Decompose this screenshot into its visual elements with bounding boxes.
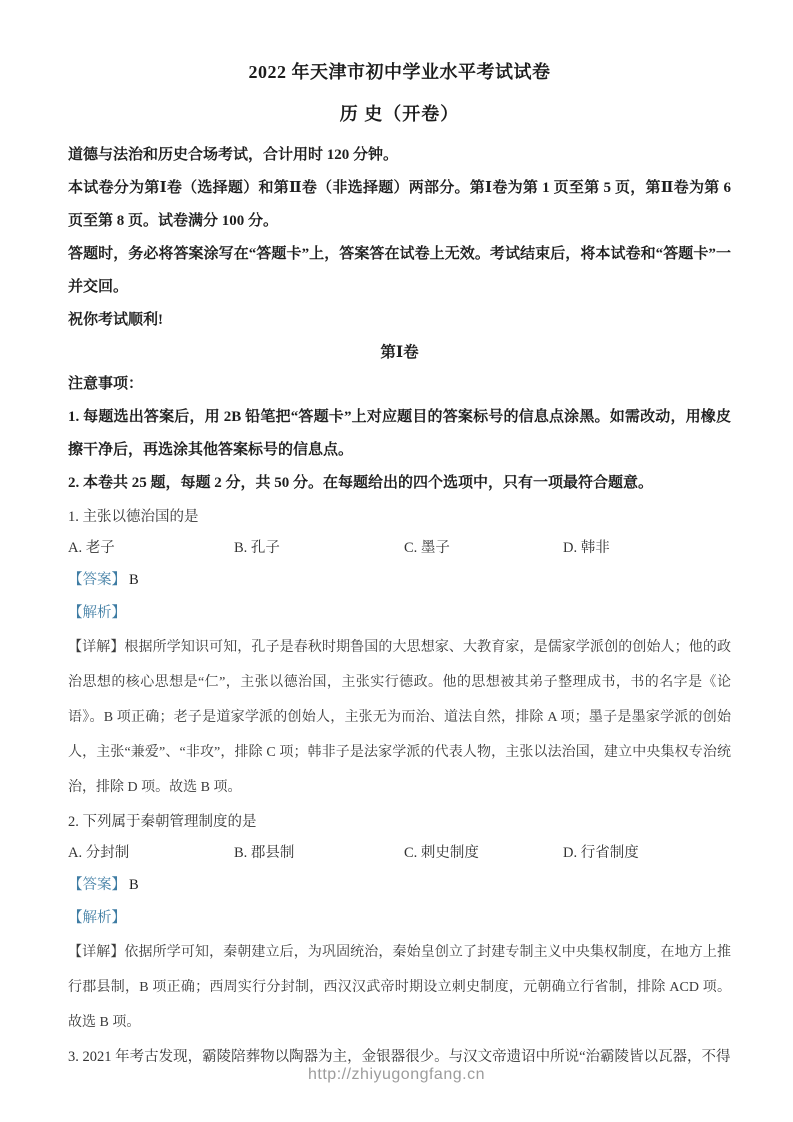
options-row: A. 分封制 B. 郡县制 C. 刺史制度 D. 行省制度	[68, 838, 731, 869]
question-block: 2. 下列属于秦朝管理制度的是 A. 分封制 B. 郡县制 C. 刺史制度 D.…	[68, 807, 731, 1040]
section-heading: 第Ⅰ卷	[68, 337, 731, 368]
exam-title: 2022 年天津市初中学业水平考试试卷	[68, 58, 731, 84]
note-item: 2. 本卷共 25 题，每题 2 分，共 50 分。在每题给出的四个选项中，只有…	[68, 467, 731, 500]
question-block: 1. 主张以德治国的是 A. 老子 B. 孔子 C. 墨子 D. 韩非 【答案】…	[68, 502, 731, 805]
intro-paragraph: 本试卷分为第Ⅰ卷（选择题）和第Ⅱ卷（非选择题）两部分。第Ⅰ卷为第 1 页至第 5…	[68, 172, 731, 238]
answer-line: 【答案】B	[68, 564, 731, 597]
answer-value: B	[129, 877, 139, 893]
answer-line: 【答案】B	[68, 869, 731, 902]
analysis-line: 【解析】	[68, 902, 731, 935]
question-stem: 1. 主张以德治国的是	[68, 502, 731, 533]
option-d: D. 行省制度	[563, 838, 731, 869]
intro-wish: 祝你考试顺利!	[68, 304, 731, 337]
option-a: A. 分封制	[68, 838, 234, 869]
option-c: C. 刺史制度	[404, 838, 563, 869]
exam-subject: 历 史（开卷）	[68, 100, 731, 126]
answer-label: 【答案】	[68, 877, 126, 893]
analysis-label: 【解析】	[68, 910, 126, 926]
option-c: C. 墨子	[404, 533, 563, 564]
detail-paragraph: 【详解】根据所学知识可知，孔子是春秋时期鲁国的大思想家、大教育家，是儒家学派创的…	[68, 630, 731, 805]
option-b: B. 孔子	[234, 533, 404, 564]
question-stem: 2. 下列属于秦朝管理制度的是	[68, 807, 731, 838]
intro-paragraph: 答题时，务必将答案涂写在“答题卡”上，答案答在试卷上无效。考试结束后，将本试卷和…	[68, 238, 731, 304]
footer-url: http://zhiyugongfang.cn	[0, 1066, 793, 1084]
answer-value: B	[129, 572, 139, 588]
analysis-line: 【解析】	[68, 597, 731, 630]
document-page: 2022 年天津市初中学业水平考试试卷 历 史（开卷） 道德与法治和历史合场考试…	[0, 0, 793, 1122]
option-b: B. 郡县制	[234, 838, 404, 869]
detail-paragraph: 【详解】依据所学可知，秦朝建立后，为巩固统治，秦始皇创立了封建专制主义中央集权制…	[68, 935, 731, 1040]
analysis-label: 【解析】	[68, 605, 126, 621]
answer-label: 【答案】	[68, 572, 126, 588]
note-item: 1. 每题选出答案后，用 2B 铅笔把“答题卡”上对应题目的答案标号的信息点涂黑…	[68, 401, 731, 467]
option-d: D. 韩非	[563, 533, 731, 564]
option-a: A. 老子	[68, 533, 234, 564]
intro-paragraph: 道德与法治和历史合场考试，合计用时 120 分钟。	[68, 139, 731, 172]
notes-heading: 注意事项：	[68, 368, 731, 401]
options-row: A. 老子 B. 孔子 C. 墨子 D. 韩非	[68, 533, 731, 564]
